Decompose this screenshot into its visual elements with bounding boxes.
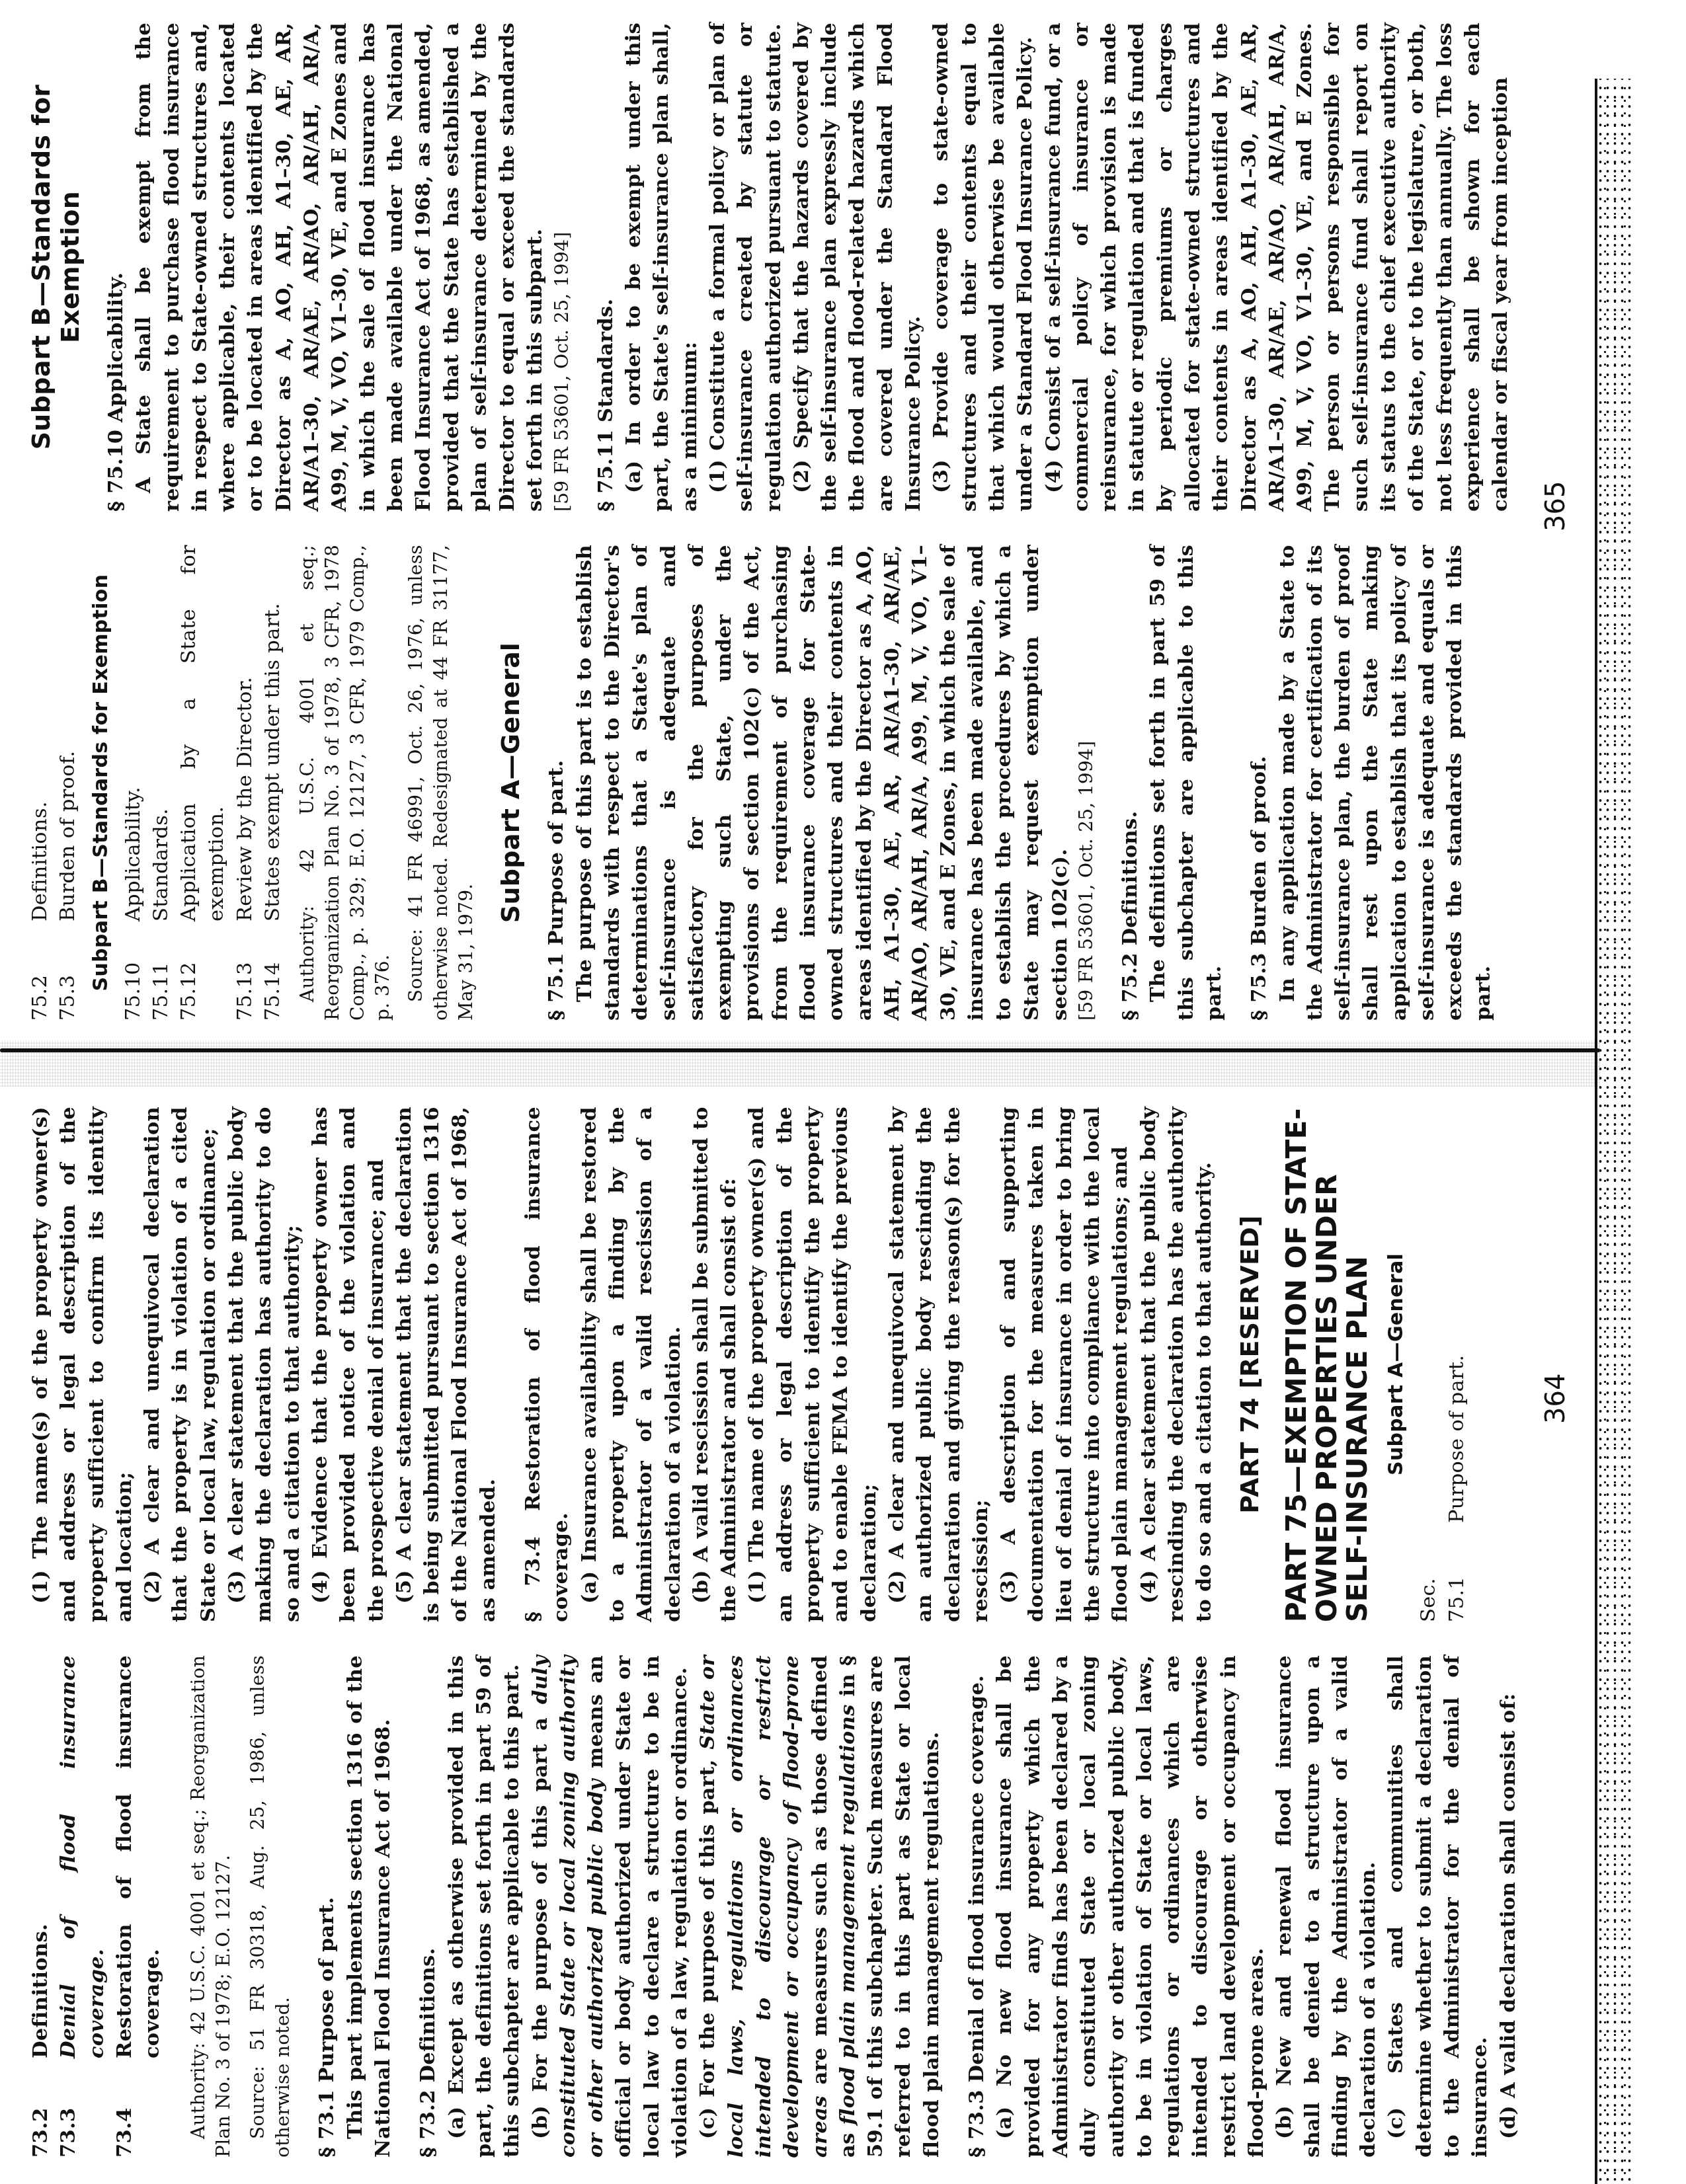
list-item: (3) A clear statement that the public bo… <box>222 1107 306 1622</box>
section-heading: § 75.10 Applicability. <box>102 22 130 512</box>
toc-line: 75.14States exempt under this part. <box>259 545 287 1021</box>
scanned-document-spread: 73.2Definitions. 73.3Denial of flood ins… <box>0 0 1686 2184</box>
paragraph: A State shall be exempt from the require… <box>130 22 549 512</box>
part-75-heading: PART 75—EXEMPTION OF STATE-OWNED PROPERT… <box>1281 1107 1373 1622</box>
toc-line: 75.11Standards. <box>147 545 175 1021</box>
authority-note: Authority: 42 U.S.C. 4001 et seq.; Reorg… <box>295 545 395 1021</box>
toc-line: 73.4Restoration of flood insurance cover… <box>110 1655 167 2158</box>
section-heading: § 73.1 Purpose of part. <box>313 1655 341 2158</box>
list-item: (4) A clear statement that the public bo… <box>1135 1107 1219 1622</box>
subpart-b-heading: Subpart B—Standards for Exemption <box>26 22 85 512</box>
list-item: (2) Specify that the hazards covered by … <box>787 22 927 512</box>
paragraph: (b) For the purpose of this part a duly … <box>526 1655 694 2158</box>
paragraph: (b) A valid rescission shall be submitte… <box>687 1107 743 1622</box>
binding-gutter <box>0 1040 1600 1087</box>
section-heading: § 75.1 Purpose of part. <box>542 545 570 1021</box>
section-heading: § 73.4 Restoration of flood insurance co… <box>519 1107 575 1622</box>
toc-line: 75.1Purpose of part. <box>1443 1107 1471 1622</box>
list-item: (5) A clear statement that the declarati… <box>390 1107 502 1622</box>
binding-edge-line <box>0 1048 1600 1052</box>
toc-line: 75.10Applicability. <box>120 545 147 1021</box>
page-number-365: 365 <box>1541 481 1571 531</box>
page-number-364: 364 <box>1541 1374 1571 1424</box>
authority-note: Authority: 42 U.S.C. 4001 et seq.; Reorg… <box>186 1655 236 2158</box>
paragraph: (c) States and communities shall determi… <box>1382 1655 1494 2158</box>
page-364-column-1: 73.2Definitions. 73.3Denial of flood ins… <box>26 1655 1522 2158</box>
toc-line: 75.13Review by the Director. <box>231 545 259 1021</box>
paragraph: (a) No new flood insurance shall be prov… <box>990 1655 1270 2158</box>
page-364-column-2: (1) The name(s) of the property owner(s)… <box>26 1107 1471 1622</box>
section-heading: § 73.3 Denial of flood insurance coverag… <box>963 1655 990 2158</box>
subpart-a-heading: Subpart A—General <box>1385 1107 1408 1622</box>
defined-term: flood plain management regulations <box>836 1704 860 2125</box>
list-item: (3) Provide coverage to state-owned stru… <box>927 22 1039 512</box>
citation: [59 FR 53601, Oct. 25, 1994] <box>1074 545 1099 1021</box>
subpart-a-heading: Subpart A—General <box>496 545 525 1021</box>
list-item: (4) Evidence that the property owner has… <box>306 1107 390 1622</box>
toc-line: 75.3Burden of proof. <box>54 545 82 1021</box>
toc-line: 73.2Definitions. <box>26 1655 54 2158</box>
list-item: (1) The name(s) of the property owner(s)… <box>26 1107 138 1622</box>
section-heading: § 73.2 Definitions. <box>414 1655 442 2158</box>
paragraph: (b) New and renewal flood insurance shal… <box>1270 1655 1382 2158</box>
paragraph: (c) For the purpose of this part, State … <box>694 1655 945 2158</box>
list-item: (2) A clear and unequivocal statement by… <box>883 1107 994 1622</box>
citation: [59 FR 53601, Oct. 25, 1994] <box>549 22 575 512</box>
paragraph: (a) Insurance availability shall be rest… <box>575 1107 687 1622</box>
section-heading: § 75.3 Burden of proof. <box>1245 545 1273 1021</box>
subpart-b-toc-heading: Subpart B—Standards for Exemption <box>89 545 113 1021</box>
paragraph: (a) In order to be exempt under this par… <box>620 22 703 512</box>
list-item: (2) A clear and unequivocal declaration … <box>138 1107 222 1622</box>
list-item: (1) The name of the property owner(s) an… <box>743 1107 882 1622</box>
paragraph: The definitions set forth in part 59 of … <box>1144 545 1228 1021</box>
paragraph: (d) A valid declaration shall consist of… <box>1494 1655 1522 2158</box>
scan-edge-stipple <box>1597 79 1631 2184</box>
page-365-column-2: Subpart B—Standards for Exemption § 75.1… <box>26 22 1515 512</box>
source-note: Source: 51 FR 30318, Aug. 25, 1986, unle… <box>245 1655 296 2158</box>
paragraph: The purpose of this part is to establish… <box>571 545 1074 1021</box>
source-note: Source: 41 FR 46991, Oct. 26, 1976, unle… <box>403 545 479 1021</box>
toc-line: 75.2Definitions. <box>26 545 54 1021</box>
toc-line: 73.3Denial of flood insurance coverage. <box>54 1655 110 2158</box>
sec-label: Sec. <box>1415 1107 1443 1622</box>
list-item: (3) A description of and supporting docu… <box>994 1107 1134 1622</box>
page-365-column-1: 75.2Definitions. 75.3Burden of proof. Su… <box>26 545 1497 1021</box>
paragraph: In any application made by a State to th… <box>1273 545 1497 1021</box>
section-heading: § 75.11 Standards. <box>592 22 620 512</box>
paragraph: (a) Except as otherwise provided in this… <box>442 1655 526 2158</box>
section-heading: § 75.2 Definitions. <box>1116 545 1144 1021</box>
toc-line: 75.12Application by a State for exemptio… <box>175 545 231 1021</box>
part-74-heading: PART 74 [RESERVED] <box>1235 1107 1264 1622</box>
list-item: (4) Consist of a self-insurance fund, or… <box>1039 22 1515 512</box>
paragraph: This part implements section 1316 of the… <box>341 1655 397 2158</box>
list-item: (1) Constitute a formal policy or plan o… <box>703 22 787 512</box>
